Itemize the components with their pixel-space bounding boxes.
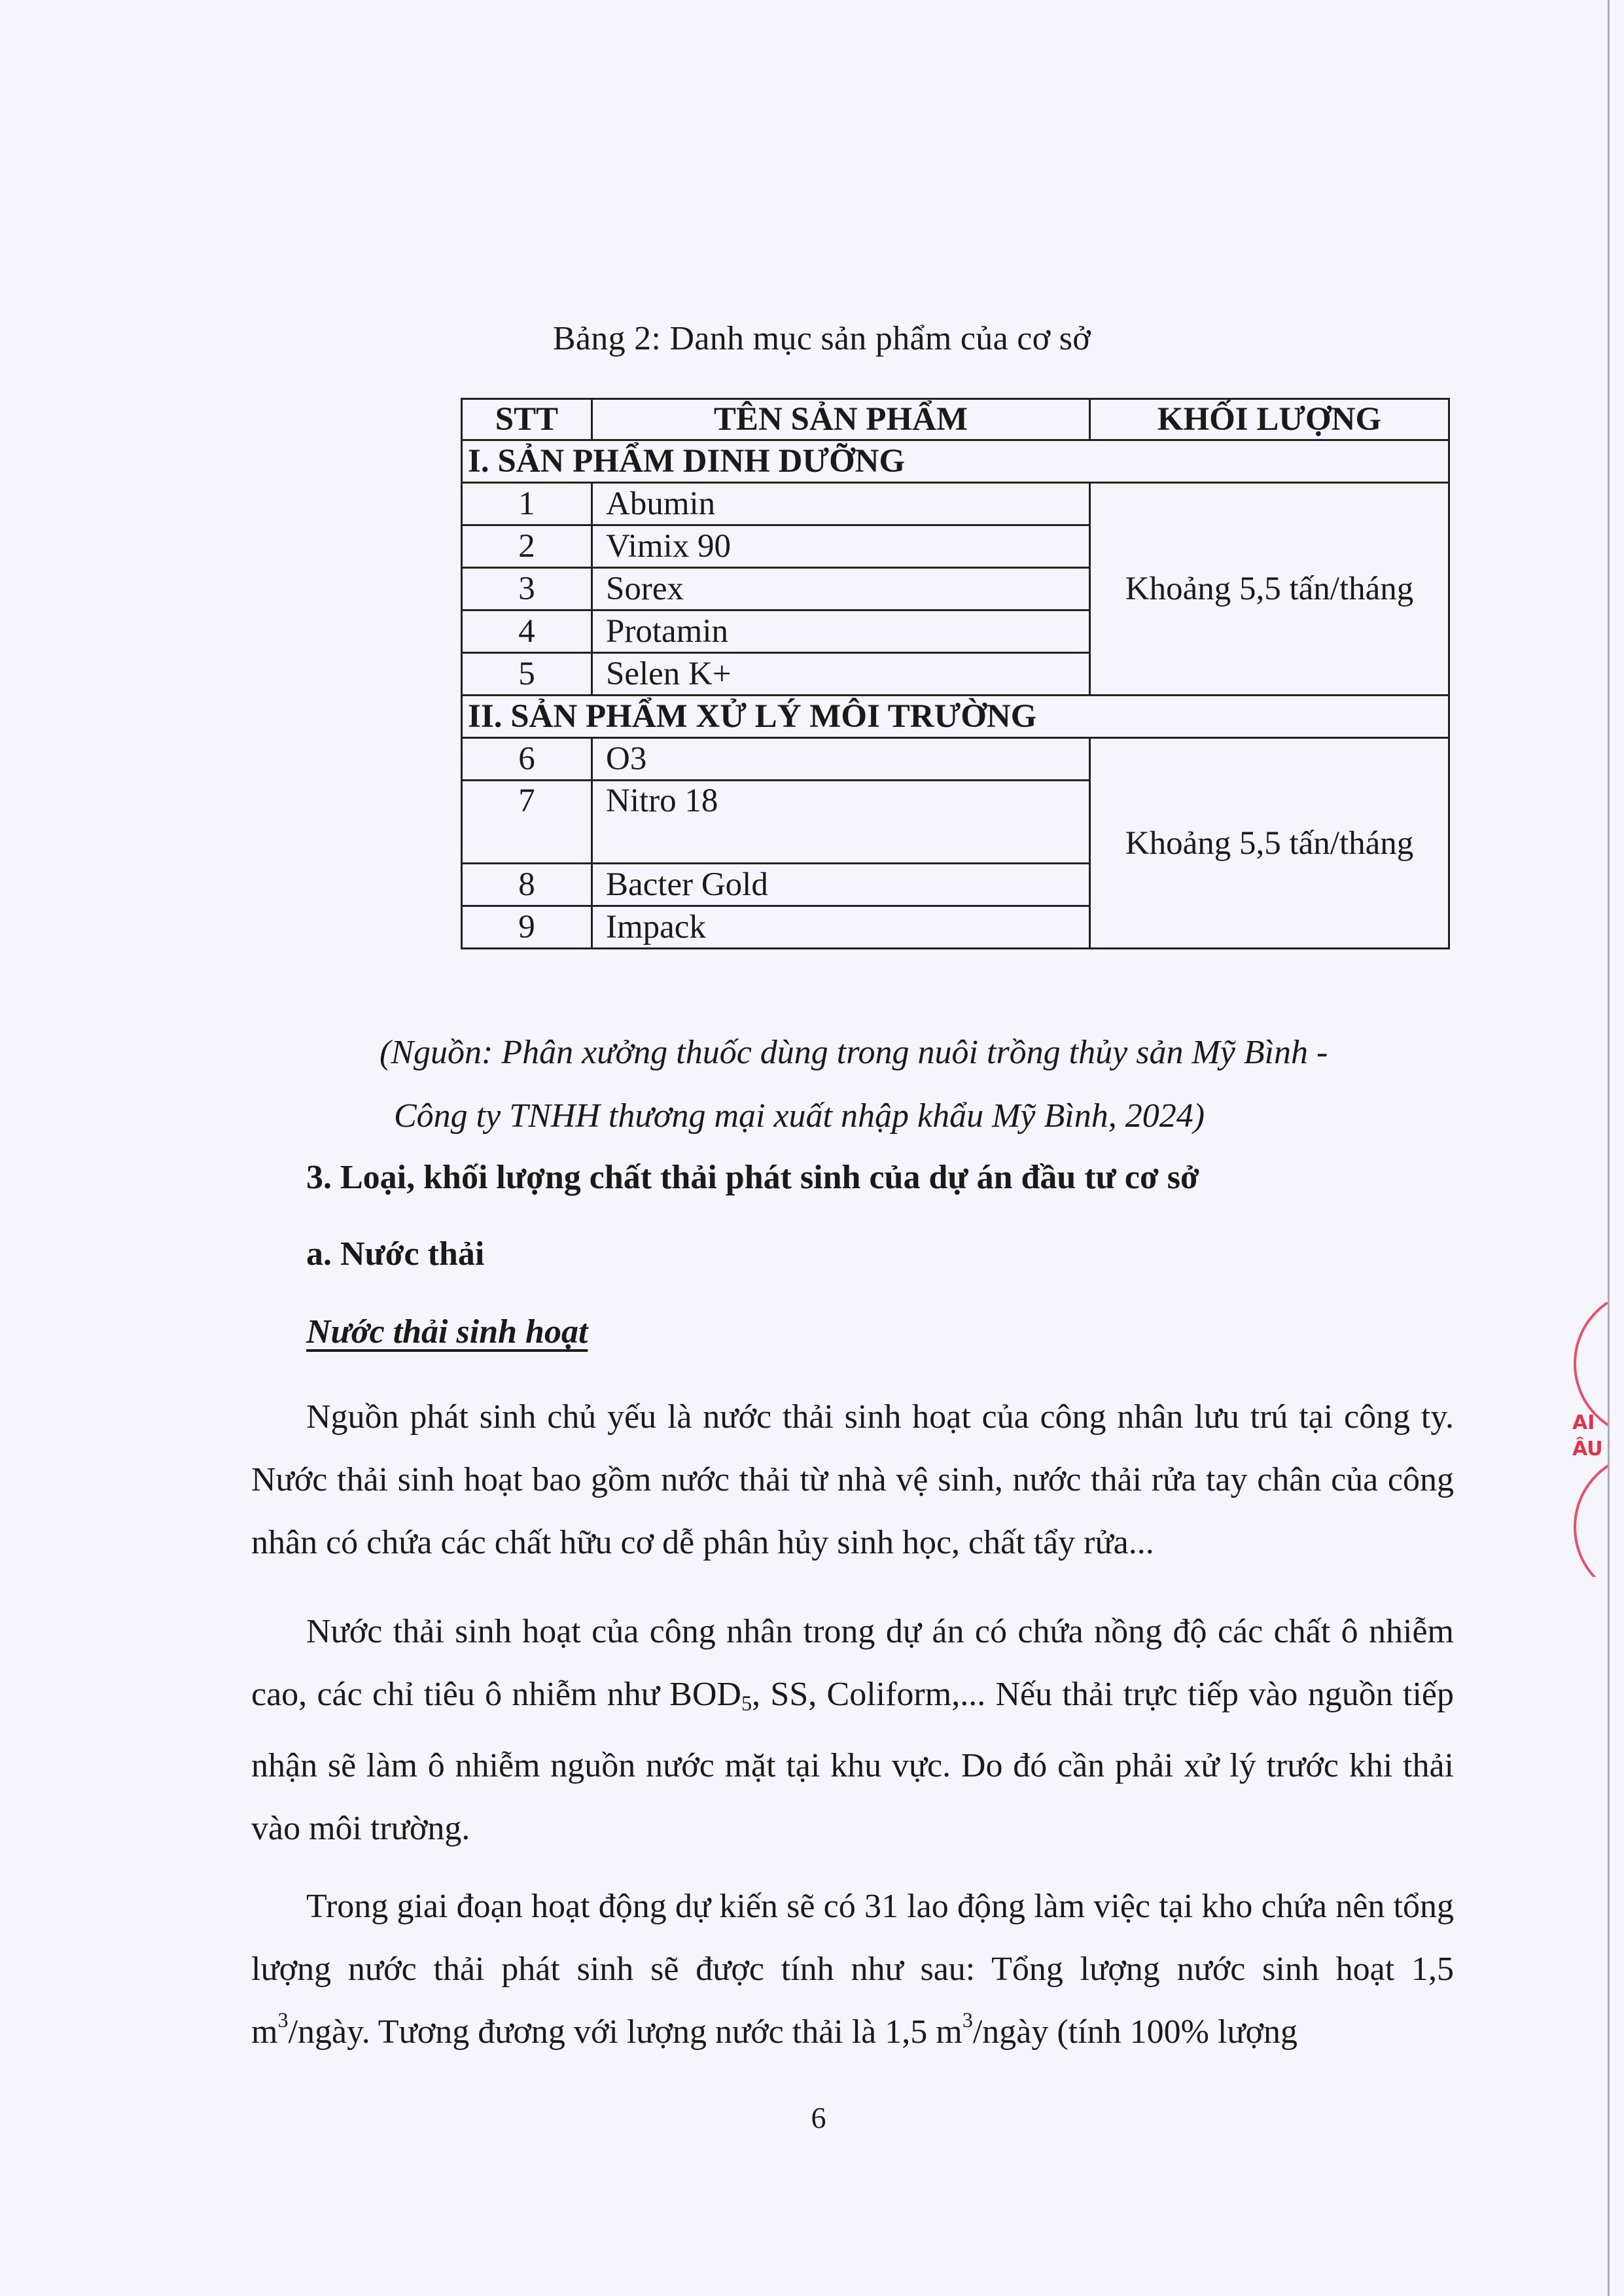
table-caption: Bảng 2: Danh mục sản phẩm của cơ sở xyxy=(0,319,1624,358)
cubic-superscript-2: 3 xyxy=(962,2008,973,2032)
row-stt: 4 xyxy=(462,610,592,653)
row-product-name: Nitro 18 xyxy=(592,781,1090,864)
table-row: 1 Abumin Khoảng 5,5 tấn/tháng xyxy=(462,483,1449,525)
row-stt: 1 xyxy=(462,483,592,525)
row-product-name: Sorex xyxy=(592,568,1090,610)
paragraph-2: Nước thải sinh hoạt của công nhân trong … xyxy=(251,1600,1454,1860)
header-quantity: KHỐI LƯỢNG xyxy=(1090,399,1449,440)
row-stt: 9 xyxy=(462,906,592,949)
row-stt: 8 xyxy=(462,864,592,906)
row-product-name: Protamin xyxy=(592,610,1090,653)
row-stt: 6 xyxy=(462,738,592,781)
row-product-name: O3 xyxy=(592,738,1090,781)
page-number: 6 xyxy=(0,2100,1624,2135)
section-title-nutrition: I. SẢN PHẨM DINH DƯỠNG xyxy=(462,440,1449,483)
table-header-row: STT TÊN SẢN PHẨM KHỐI LƯỢNG xyxy=(462,399,1449,440)
row-product-name: Impack xyxy=(592,906,1090,949)
product-table: STT TÊN SẢN PHẨM KHỐI LƯỢNG I. SẢN PHẨM … xyxy=(461,398,1450,949)
table-row: 6 O3 Khoảng 5,5 tấn/tháng xyxy=(462,738,1449,781)
section-row: I. SẢN PHẨM DINH DƯỠNG xyxy=(462,440,1449,483)
section-title-environment: II. SẢN PHẨM XỬ LÝ MÔI TRƯỜNG xyxy=(462,696,1449,738)
row-stt: 7 xyxy=(462,781,592,864)
row-stt: 5 xyxy=(462,653,592,696)
row-product-name: Bacter Gold xyxy=(592,864,1090,906)
paragraph-3-text-b: /ngày. Tương đương với lượng nước thải l… xyxy=(289,2013,962,2051)
row-quantity: Khoảng 5,5 tấn/tháng xyxy=(1090,483,1449,696)
source-note: (Nguồn: Phân xưởng thuốc dùng trong nuôi… xyxy=(380,1021,1426,1148)
cubic-superscript-1: 3 xyxy=(277,2008,288,2032)
source-note-line2: Công ty TNHH thương mại xuất nhập khẩu M… xyxy=(380,1084,1426,1148)
row-product-name: Abumin xyxy=(592,483,1090,525)
row-product-name: Vimix 90 xyxy=(592,525,1090,568)
stamp-text: AI ÂU xyxy=(1572,1410,1603,1462)
header-product-name: TÊN SẢN PHẨM xyxy=(592,399,1090,440)
row-product-name: Selen K+ xyxy=(592,653,1090,696)
section-heading: 3. Loại, khối lượng chất thải phát sinh … xyxy=(306,1158,1199,1197)
header-stt: STT xyxy=(462,399,592,440)
bod-subscript: 5 xyxy=(741,1691,752,1715)
row-stt: 3 xyxy=(462,568,592,610)
paragraph-3: Trong giai đoạn hoạt động dự kiến sẽ có … xyxy=(251,1875,1454,2064)
section-row: II. SẢN PHẨM XỬ LÝ MÔI TRƯỜNG xyxy=(462,696,1449,738)
paragraph-1: Nguồn phát sinh chủ yếu là nước thải sin… xyxy=(251,1386,1454,1574)
paragraph-3-text-c: /ngày (tính 100% lượng xyxy=(973,2013,1297,2051)
row-quantity: Khoảng 5,5 tấn/tháng xyxy=(1090,738,1449,949)
sub-subsection-heading: Nước thải sinh hoạt xyxy=(306,1313,588,1351)
red-stamp-fragment: AI ÂU xyxy=(1567,1302,1608,1577)
source-note-line1: (Nguồn: Phân xưởng thuốc dùng trong nuôi… xyxy=(380,1034,1328,1071)
stamp-arc-icon xyxy=(1574,1453,1608,1577)
row-stt: 2 xyxy=(462,525,592,568)
subsection-heading: a. Nước thải xyxy=(306,1235,484,1273)
